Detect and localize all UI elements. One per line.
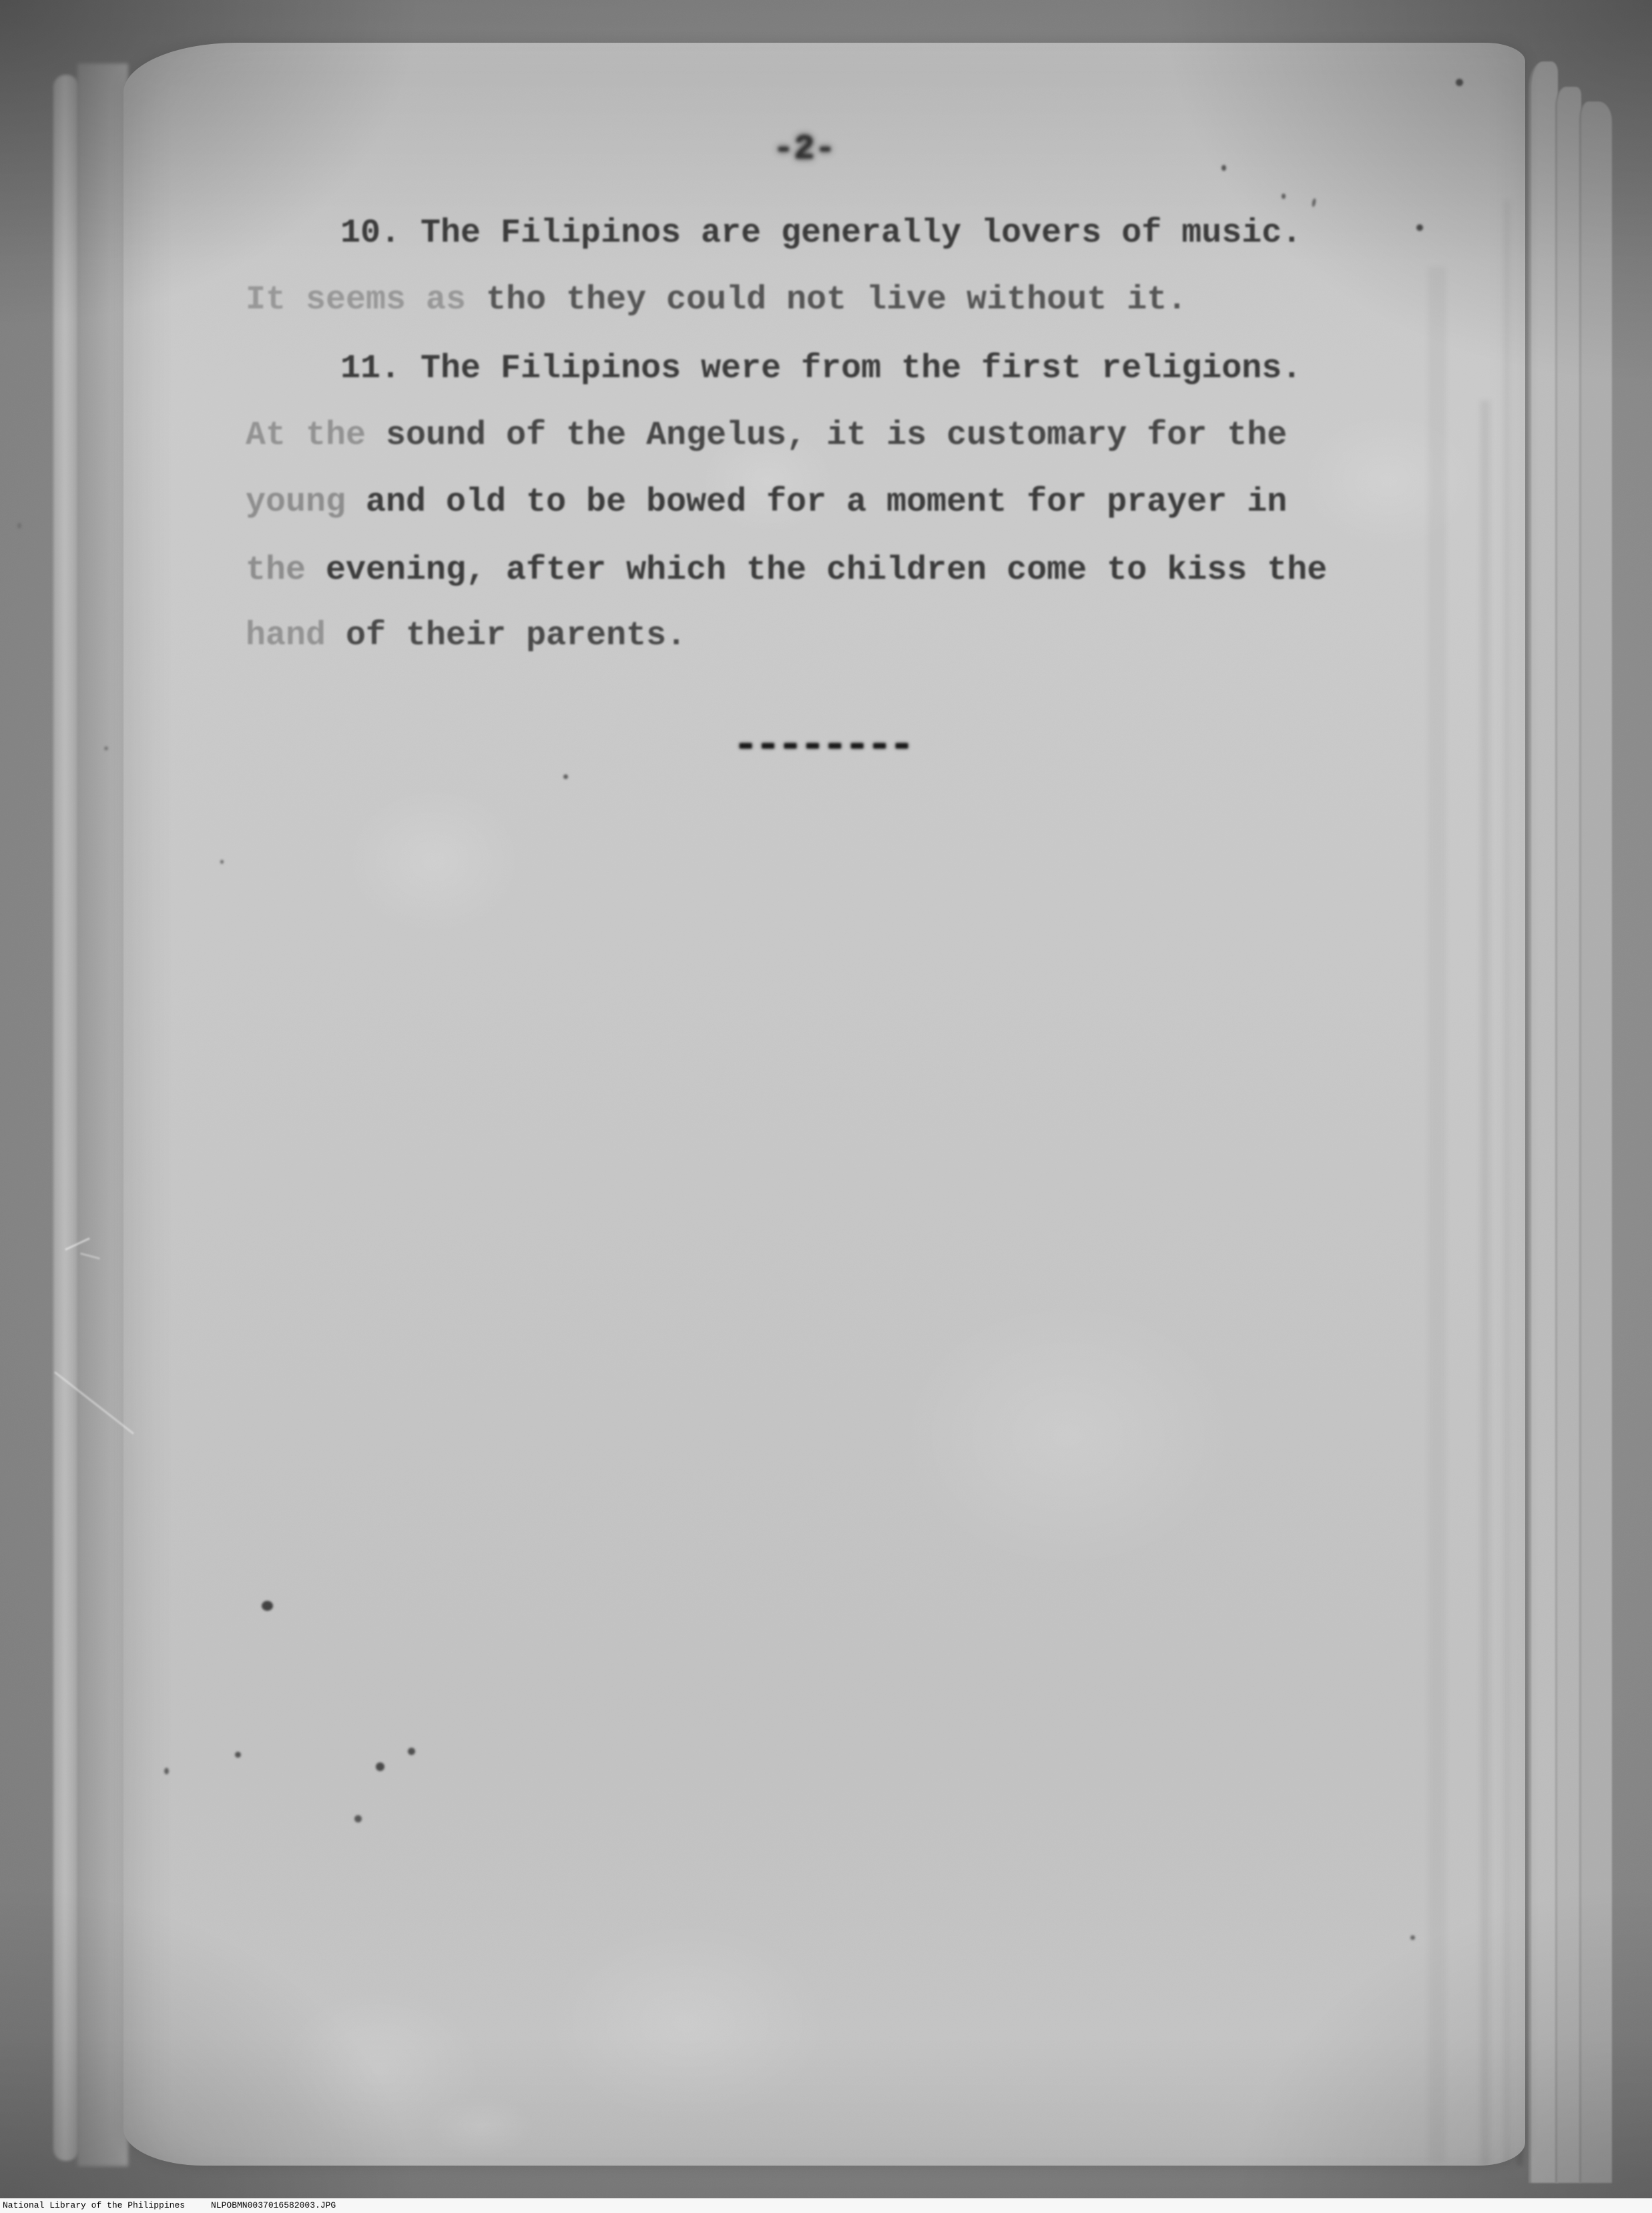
page-crease <box>1504 200 1510 2166</box>
page-crease <box>1480 401 1490 2166</box>
speck <box>354 1815 362 1822</box>
page-number: -2- <box>751 132 858 167</box>
typed-line-faded-start: the <box>246 551 306 589</box>
typed-line-text: sound of the Angelus, it is customary fo… <box>366 417 1287 455</box>
paper-blotch <box>547 1923 828 2123</box>
speck <box>235 1752 241 1758</box>
typed-line: At the sound of the Angelus, it is custo… <box>246 419 1287 453</box>
speck <box>376 1762 384 1771</box>
typed-line-text: evening, after which the children come t… <box>306 551 1327 589</box>
speck <box>408 1748 415 1755</box>
page-edge-leaf <box>1579 101 1612 2183</box>
typed-line-faded-start: young <box>246 483 346 521</box>
speck <box>262 1601 273 1611</box>
spine-shadow <box>77 63 128 2166</box>
typed-line: hand of their parents. <box>246 620 686 653</box>
paper-blotch <box>347 788 521 935</box>
speck <box>104 746 108 750</box>
typed-line-text: 11. The Filipinos were from the first re… <box>340 350 1302 388</box>
speck <box>1410 1935 1415 1940</box>
typed-line: It seems as tho they could not live with… <box>246 284 1187 317</box>
digitization-footer: National Library of the Philippines NLPO… <box>0 2198 1652 2213</box>
typed-line: the evening, after which the children co… <box>246 554 1327 587</box>
speck <box>220 860 224 864</box>
page-edge-leaf <box>1555 87 1581 2183</box>
typed-line: 11. The Filipinos were from the first re… <box>340 352 1302 386</box>
speck <box>17 523 21 529</box>
typed-line: 10. The Filipinos are generally lovers o… <box>340 217 1302 250</box>
paper-blotch <box>901 1302 1235 1569</box>
typed-line-text: tho they could not live without it. <box>466 281 1187 319</box>
dash-separator: -------- <box>733 725 911 768</box>
footer-filename: NLPOBMN0037016582003.JPG <box>211 2200 336 2210</box>
typed-line-text: 10. The Filipinos are generally lovers o… <box>340 214 1302 252</box>
typed-line-faded-start: hand <box>246 617 326 655</box>
page-edge-leaf <box>1529 61 1558 2183</box>
speck <box>563 774 568 779</box>
typed-line-faded-start: At the <box>246 417 366 455</box>
scanned-document: -2- 10. The Filipinos are generally love… <box>0 0 1652 2213</box>
typed-line-faded-start: It seems as <box>246 281 466 319</box>
speck <box>1456 79 1463 86</box>
typed-line: young and old to be bowed for a moment f… <box>246 486 1287 519</box>
speck <box>1416 224 1423 231</box>
typed-line-text: and old to be bowed for a moment for pra… <box>346 483 1287 521</box>
speck <box>164 1768 169 1774</box>
speck <box>1282 194 1286 199</box>
page-crease <box>1428 267 1446 2163</box>
paper-blotch <box>427 2096 534 2156</box>
book-spine-edge <box>53 75 79 2161</box>
typed-line-text: of their parents. <box>326 617 686 655</box>
footer-library-name: National Library of the Philippines <box>3 2200 185 2210</box>
paper-blotch <box>1302 414 1475 547</box>
speck <box>1221 165 1226 171</box>
